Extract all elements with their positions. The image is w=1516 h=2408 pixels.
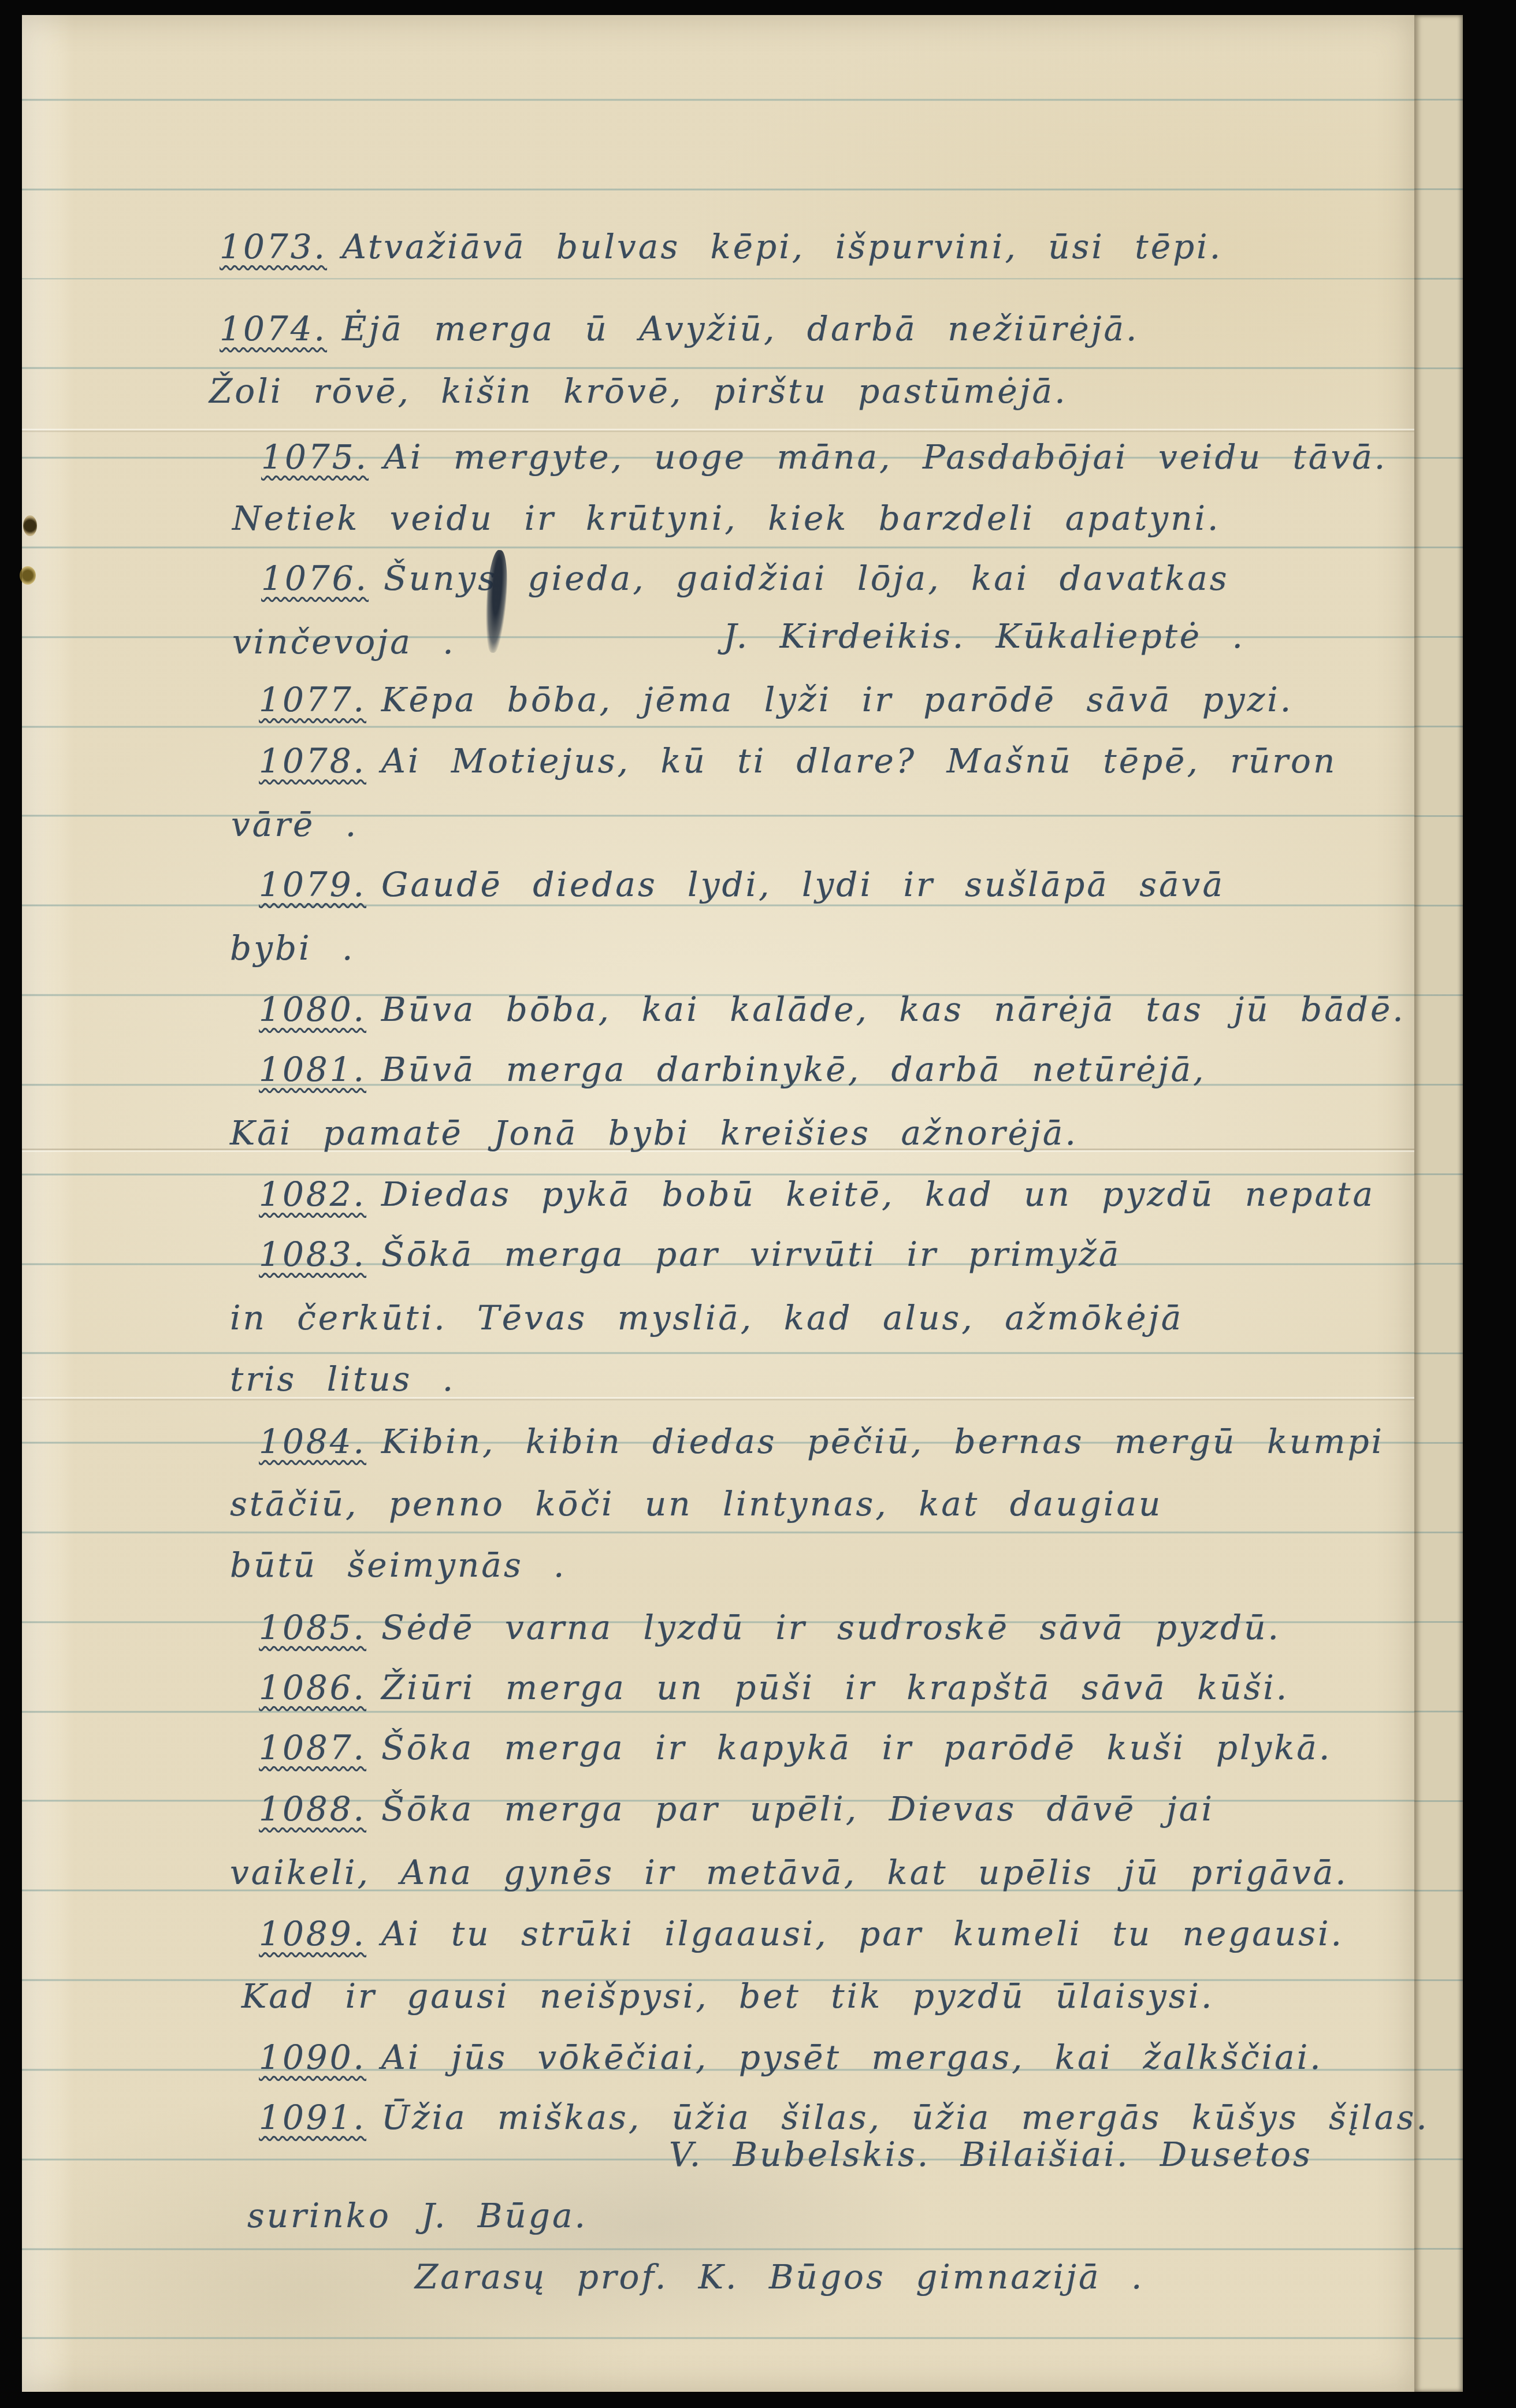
entry-line: 1074.Ėjā merga ū Avyžiū, darbā nežiūrėjā… bbox=[220, 312, 1139, 345]
entry-number: 1076. bbox=[261, 562, 369, 595]
entry-number: 1080. bbox=[259, 993, 366, 1026]
entry-text: vaikeli, Ana gynēs ir metāvā, kat upēlis… bbox=[230, 1853, 1348, 1892]
entry-line: 1081.Būvā merga darbinykē, darbā netūrėj… bbox=[259, 1053, 1206, 1086]
entry-number: 1088. bbox=[259, 1792, 366, 1826]
entry-line: 1090.Ai jūs vōkēčiai, pysēt mergas, kai … bbox=[259, 2041, 1323, 2074]
entry-line: Kāi pamatē Jonā bybi kreišies ažnorėjā. bbox=[230, 1116, 1078, 1150]
entry-text: Kēpa bōba, jēma lyži ir parōdē sāvā pyzi… bbox=[381, 680, 1293, 719]
entry-number: 1085. bbox=[259, 1611, 366, 1644]
entry-line: in čerkūti. Tēvas mysliā, kad alus, ažmō… bbox=[230, 1301, 1183, 1335]
entry-line: 1073.Atvažiāvā bulvas kēpi, išpurvini, ū… bbox=[220, 230, 1223, 263]
entry-text: Šunys gieda, gaidžiai lōja, kai davatkas bbox=[384, 559, 1229, 598]
entry-line: 1085.Sėdē varna lyzdū ir sudroskē sāvā p… bbox=[259, 1611, 1281, 1644]
attribution-text: J. Kirdeikis. Kūkalieptė . bbox=[723, 616, 1245, 656]
entry-text: Šōka merga ir kapykā ir parōdē kuši plyk… bbox=[381, 1728, 1332, 1767]
entry-line: 1076.Šunys gieda, gaidžiai lōja, kai dav… bbox=[261, 562, 1229, 595]
entry-line: Netiek veidu ir krūtyni, kiek barzdeli a… bbox=[232, 501, 1220, 535]
entry-line: 1091.Ūžia miškas, ūžia šilas, ūžia mergā… bbox=[259, 2101, 1429, 2134]
attribution-line: J. Kirdeikis. Kūkalieptė . bbox=[723, 619, 1245, 653]
entry-text: Sėdē varna lyzdū ir sudroskē sāvā pyzdū. bbox=[381, 1608, 1281, 1647]
entry-line: vinčevoja . bbox=[232, 625, 456, 659]
entry-text: tris litus . bbox=[230, 1359, 455, 1399]
entry-number: 1091. bbox=[259, 2101, 366, 2134]
entry-line: 1087.Šōka merga ir kapykā ir parōdē kuši… bbox=[259, 1731, 1332, 1764]
attribution-line: V. Bubelskis. Bilaišiai. Dusetos bbox=[669, 2138, 1313, 2171]
entry-number: 1081. bbox=[259, 1053, 366, 1086]
entry-text: Ai mergyte, uoge māna, Pasdabōjai veidu … bbox=[384, 437, 1387, 477]
entry-line: 1077.Kēpa bōba, jēma lyži ir parōdē sāvā… bbox=[259, 683, 1293, 716]
entry-line: 1088.Šōka merga par upēli, Dievas dāvē j… bbox=[259, 1792, 1214, 1826]
entry-number: 1089. bbox=[259, 1917, 366, 1950]
entry-text: vinčevoja . bbox=[232, 622, 456, 662]
entry-number: 1078. bbox=[259, 744, 366, 778]
entry-text: Ėjā merga ū Avyžiū, darbā nežiūrėjā. bbox=[342, 309, 1139, 348]
entry-line: 1078.Ai Motiejus, kū ti dlare? Mašnū tēp… bbox=[259, 744, 1337, 778]
entry-text: vārē . bbox=[231, 805, 358, 844]
entry-number: 1077. bbox=[259, 683, 366, 716]
entry-text: bybi . bbox=[230, 928, 355, 968]
entry-line: tris litus . bbox=[230, 1362, 455, 1396]
paper-hole bbox=[20, 566, 36, 585]
entry-text: Žoli rōvē, kišin krōvē, pirštu pastūmėjā… bbox=[209, 371, 1068, 411]
school-line: Zarasų prof. K. Būgos gimnazijā . bbox=[415, 2260, 1144, 2294]
entry-number: 1084. bbox=[259, 1425, 366, 1458]
entry-text: Kad ir gausi neišpysi, bet tik pyzdū ūla… bbox=[241, 1976, 1214, 2016]
entry-line: 1082.Diedas pykā bobū keitē, kad un pyzd… bbox=[259, 1177, 1375, 1211]
entry-line: 1079.Gaudē diedas lydi, lydi ir sušlāpā … bbox=[259, 868, 1225, 901]
entry-text: Netiek veidu ir krūtyni, kiek barzdeli a… bbox=[232, 499, 1220, 538]
entry-number: 1075. bbox=[261, 440, 369, 474]
entry-text: Būva bōba, kai kalāde, kas nārėjā tas jū… bbox=[381, 990, 1406, 1029]
entry-text: Ai jūs vōkēčiai, pysēt mergas, kai žalkš… bbox=[381, 2038, 1323, 2077]
entry-number: 1073. bbox=[220, 230, 327, 263]
entry-number: 1086. bbox=[259, 1671, 366, 1704]
paper-crease bbox=[22, 429, 1414, 433]
entry-text: stāčiū, penno kōči un lintynas, kat daug… bbox=[230, 1484, 1162, 1523]
entry-text: Šōkā merga par virvūti ir primyžā bbox=[381, 1235, 1121, 1274]
entry-text: Ūžia miškas, ūžia šilas, ūžia mergās kūš… bbox=[381, 2098, 1429, 2137]
paper-hole bbox=[23, 515, 37, 536]
entry-number: 1079. bbox=[259, 868, 366, 901]
entry-line: vaikeli, Ana gynēs ir metāvā, kat upēlis… bbox=[230, 1856, 1348, 1889]
entry-text: Šōka merga par upēli, Dievas dāvē jai bbox=[381, 1789, 1214, 1829]
entry-text: in čerkūti. Tēvas mysliā, kad alus, ažmō… bbox=[230, 1298, 1183, 1337]
entry-text: Gaudē diedas lydi, lydi ir sušlāpā sāvā bbox=[381, 865, 1225, 904]
entry-text: Ai tu strūki ilgaausi, par kumeli tu neg… bbox=[381, 1914, 1344, 1953]
entry-text: Diedas pykā bobū keitē, kad un pyzdū nep… bbox=[381, 1175, 1375, 1214]
entry-number: 1087. bbox=[259, 1731, 366, 1764]
entry-text: Žiūri merga un pūši ir krapštā sāvā kūši… bbox=[381, 1668, 1289, 1707]
entry-text: Kāi pamatē Jonā bybi kreišies ažnorėjā. bbox=[230, 1113, 1078, 1153]
entry-text: Atvažiāvā bulvas kēpi, išpurvini, ūsi tē… bbox=[342, 227, 1223, 266]
entry-line: 1080.Būva bōba, kai kalāde, kas nārėjā t… bbox=[259, 993, 1406, 1026]
scanned-page-background: 1073.Atvažiāvā bulvas kēpi, išpurvini, ū… bbox=[0, 0, 1516, 2408]
entry-text: būtū šeimynās . bbox=[230, 1545, 567, 1585]
collector-text: surinko J. Būga. bbox=[247, 2196, 588, 2235]
school-text: Zarasų prof. K. Būgos gimnazijā . bbox=[415, 2257, 1144, 2296]
entry-number: 1082. bbox=[259, 1177, 366, 1211]
entry-line: stāčiū, penno kōči un lintynas, kat daug… bbox=[230, 1487, 1162, 1521]
entry-line: Kad ir gausi neišpysi, bet tik pyzdū ūla… bbox=[241, 1979, 1214, 2013]
entry-line: 1084.Kibin, kibin diedas pēčiū, bernas m… bbox=[259, 1425, 1384, 1458]
entry-line: 1075.Ai mergyte, uoge māna, Pasdabōjai v… bbox=[261, 440, 1387, 474]
entry-text: Būvā merga darbinykē, darbā netūrėjā, bbox=[381, 1050, 1206, 1089]
entry-line: 1089.Ai tu strūki ilgaausi, par kumeli t… bbox=[259, 1917, 1344, 1950]
collector-line: surinko J. Būga. bbox=[247, 2199, 588, 2232]
entry-line: Žoli rōvē, kišin krōvē, pirštu pastūmėjā… bbox=[209, 374, 1068, 408]
entry-line: 1083.Šōkā merga par virvūti ir primyžā bbox=[259, 1238, 1121, 1271]
next-page-edge bbox=[1414, 15, 1463, 2392]
entry-number: 1083. bbox=[259, 1238, 366, 1271]
attribution-text: V. Bubelskis. Bilaišiai. Dusetos bbox=[669, 2135, 1313, 2174]
entry-line: bybi . bbox=[230, 931, 355, 965]
entry-text: Ai Motiejus, kū ti dlare? Mašnū tēpē, rū… bbox=[381, 741, 1337, 781]
entry-text: Kibin, kibin diedas pēčiū, bernas mergū … bbox=[381, 1422, 1384, 1461]
entry-number: 1090. bbox=[259, 2041, 366, 2074]
entry-line: 1086.Žiūri merga un pūši ir krapštā sāvā… bbox=[259, 1671, 1289, 1704]
entry-line: būtū šeimynās . bbox=[230, 1548, 567, 1582]
entry-number: 1074. bbox=[220, 312, 327, 345]
entry-line: vārē . bbox=[231, 808, 358, 841]
